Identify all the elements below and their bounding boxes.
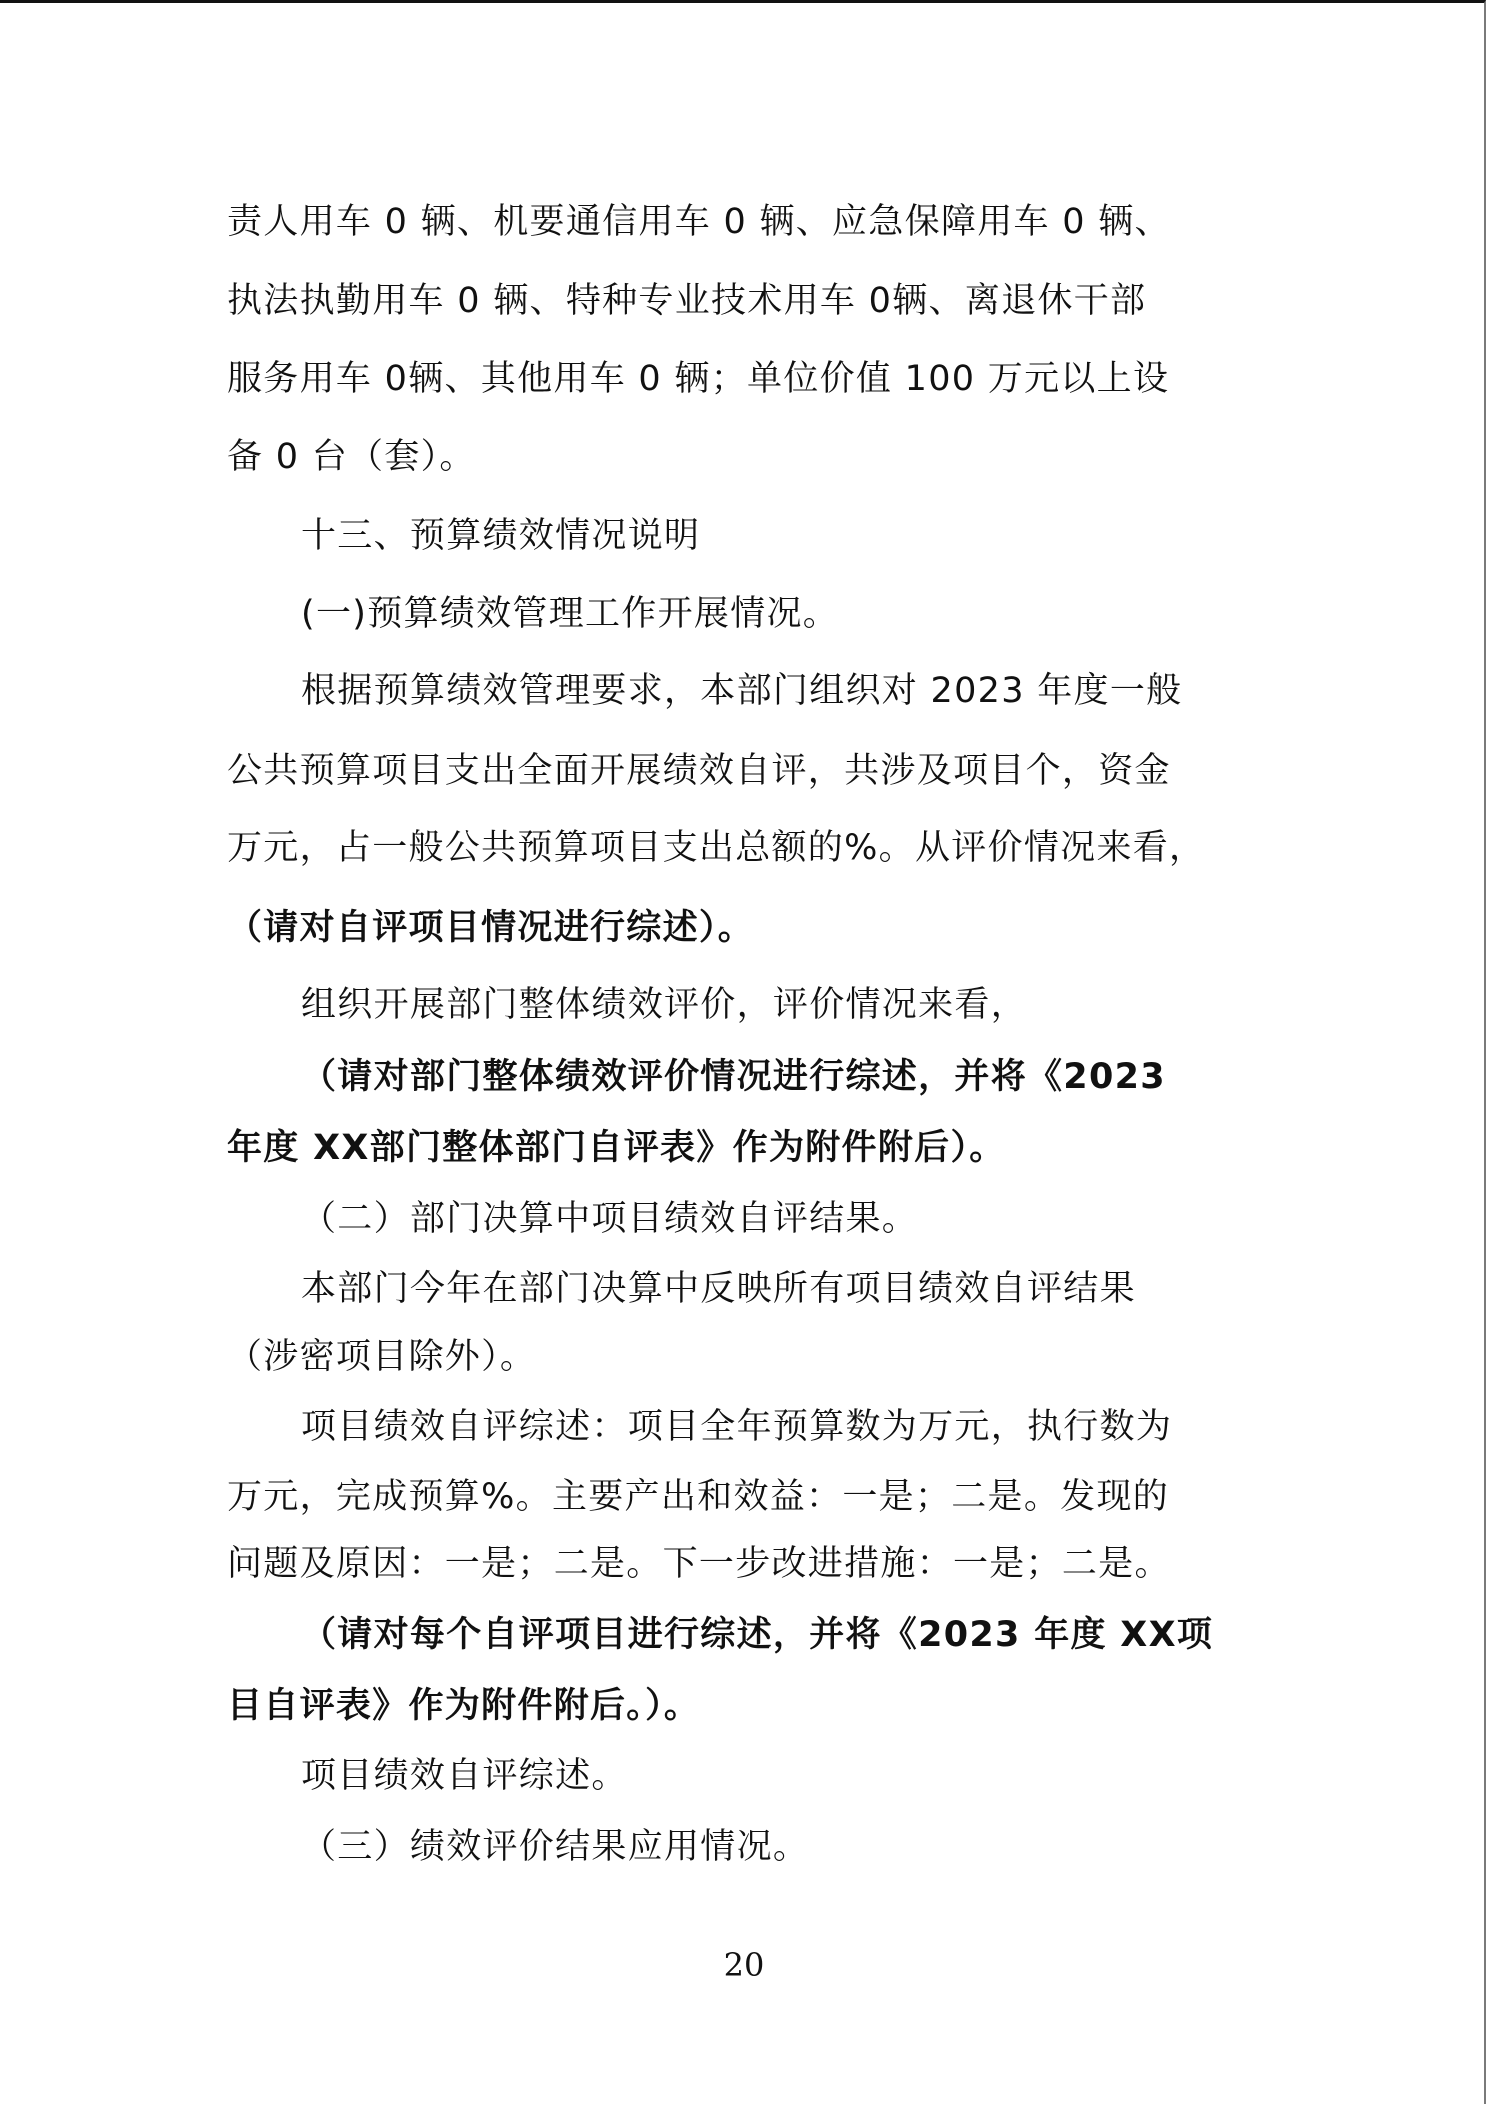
paragraph-line: 根据预算绩效管理要求，本部门组织对 2023 年度一般: [301, 666, 1267, 716]
paragraph-line: 项目绩效自评综述：项目全年预算数为万元，执行数为: [301, 1402, 1267, 1452]
text-line-vehicles-3: 服务用车 0辆、其他用车 0 辆；单位价值 100 万元以上设: [227, 354, 1267, 404]
instruction-note: （请对每个自评项目进行综述，并将《2023 年度 XX项: [301, 1610, 1267, 1660]
paragraph-line: 万元，完成预算%。主要产出和效益：一是；二是。发现的: [227, 1472, 1267, 1522]
paragraph-line: 组织开展部门整体绩效评价，评价情况来看，: [301, 980, 1267, 1030]
instruction-note: 年度 XX部门整体部门自评表》作为附件附后）。: [227, 1123, 1267, 1173]
instruction-note: 目自评表》作为附件附后。）。: [227, 1681, 1267, 1731]
paragraph-line: 本部门今年在部门决算中反映所有项目绩效自评结果: [301, 1264, 1267, 1314]
text-line-vehicles-1: 责人用车 0 辆、机要通信用车 0 辆、应急保障用车 0 辆、: [227, 197, 1267, 247]
paragraph-line: 问题及原因：一是；二是。下一步改进措施：一是；二是。: [227, 1539, 1267, 1589]
section-heading-13: 十三、预算绩效情况说明: [301, 511, 1267, 561]
subsection-heading-3: （三）绩效评价结果应用情况。: [301, 1822, 1267, 1872]
instruction-note: （请对部门整体绩效评价情况进行综述，并将《2023: [301, 1052, 1267, 1102]
paragraph-line: 公共预算项目支出全面开展绩效自评，共涉及项目个，资金: [227, 746, 1267, 796]
text-line-vehicles-2: 执法执勤用车 0 辆、特种专业技术用车 0辆、离退休干部: [227, 276, 1267, 326]
subsection-heading-1: (一)预算绩效管理工作开展情况。: [301, 589, 1267, 639]
paragraph-line: （涉密项目除外）。: [227, 1332, 1267, 1382]
paragraph-line: 万元，占一般公共预算项目支出总额的%。从评价情况来看，: [227, 823, 1267, 873]
page-number: 20: [700, 1945, 788, 1985]
paragraph-line: 项目绩效自评综述。: [301, 1751, 1267, 1801]
instruction-note: （请对自评项目情况进行综述）。: [227, 903, 1267, 953]
subsection-heading-2: （二）部门决算中项目绩效自评结果。: [301, 1194, 1267, 1244]
text-line-equipment: 备 0 台（套）。: [227, 432, 1267, 482]
document-page: 责人用车 0 辆、机要通信用车 0 辆、应急保障用车 0 辆、 执法执勤用车 0…: [0, 0, 1486, 2104]
